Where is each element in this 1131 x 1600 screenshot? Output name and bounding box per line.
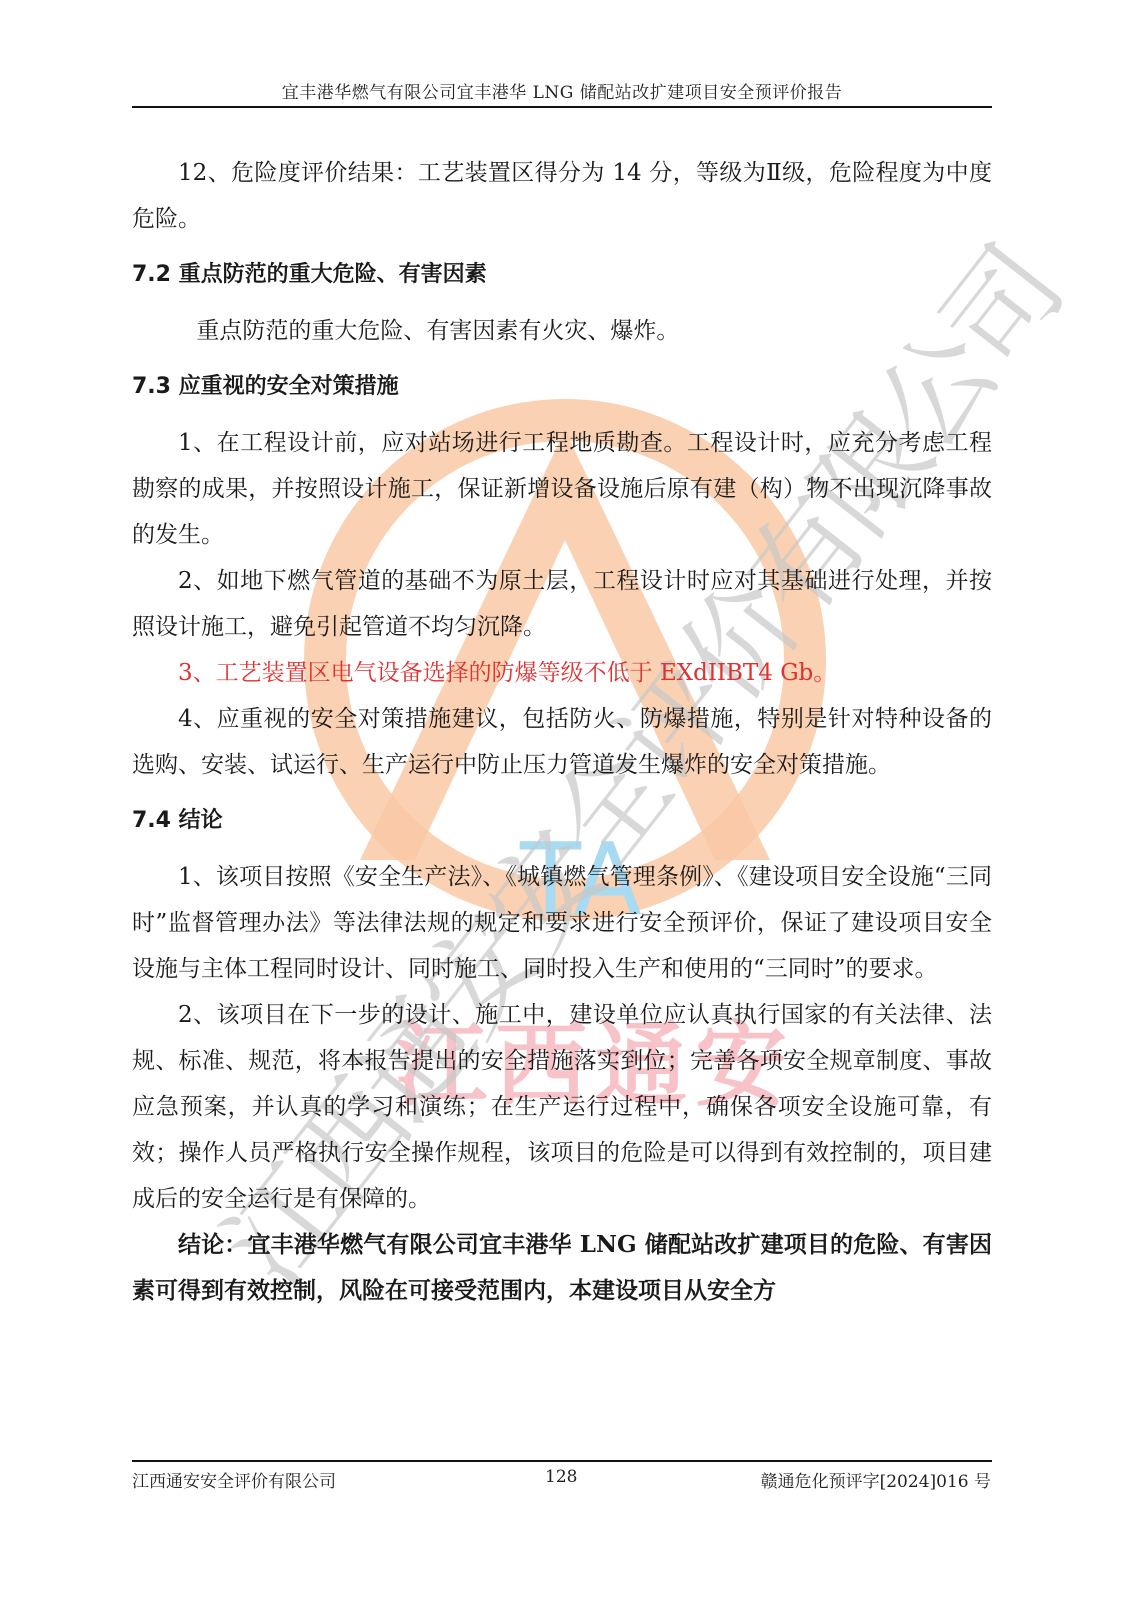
list-item-7-3-3-highlighted: 3、工艺装置区电气设备选择的防爆等级不低于 EXdIIBT4 Gb。: [132, 650, 992, 696]
footer-company: 江西通安安全评价有限公司: [132, 1467, 336, 1492]
list-item-7-4-1: 1、该项目按照《安全生产法》、《城镇燃气管理条例》、《建设项目安全设施“三同时”…: [132, 854, 992, 992]
conclusion-paragraph: 结论：宜丰港华燃气有限公司宜丰港华 LNG 储配站改扩建项目的危险、有害因素可得…: [132, 1222, 992, 1314]
section-heading-7-2: 7.2 重点防范的重大危险、有害因素: [132, 252, 992, 298]
footer-doc-number: 赣通危化预评字[2024]016 号: [761, 1467, 991, 1492]
footer-divider: [132, 1460, 992, 1462]
document-body: 12、危险度评价结果：工艺装置区得分为 14 分，等级为Ⅱ级，危险程度为中度危险…: [132, 150, 992, 1314]
list-item-7-4-2: 2、该项目在下一步的设计、施工中，建设单位应认真执行国家的有关法律、法规、标准、…: [132, 992, 992, 1222]
page-header-title: 宜丰港华燃气有限公司宜丰港华 LNG 储配站改扩建项目安全预评价报告: [132, 78, 992, 103]
list-item-7-3-4: 4、应重视的安全对策措施建议，包括防火、防爆措施，特别是针对特种设备的选购、安装…: [132, 696, 992, 788]
section-heading-7-3: 7.3 应重视的安全对策措施: [132, 364, 992, 410]
page-number: 128: [545, 1467, 577, 1487]
section-heading-7-4: 7.4 结论: [132, 798, 992, 844]
list-item-7-3-2: 2、如地下燃气管道的基础不为原土层，工程设计时应对其基础进行处理，并按照设计施工…: [132, 558, 992, 650]
header-divider: [132, 106, 992, 108]
list-item-7-3-1: 1、在工程设计前，应对站场进行工程地质勘查。工程设计时，应充分考虑工程勘察的成果…: [132, 420, 992, 558]
paragraph-item-12: 12、危险度评价结果：工艺装置区得分为 14 分，等级为Ⅱ级，危险程度为中度危险…: [132, 150, 992, 242]
paragraph-7-2: 重点防范的重大危险、有害因素有火灾、爆炸。: [132, 308, 992, 354]
